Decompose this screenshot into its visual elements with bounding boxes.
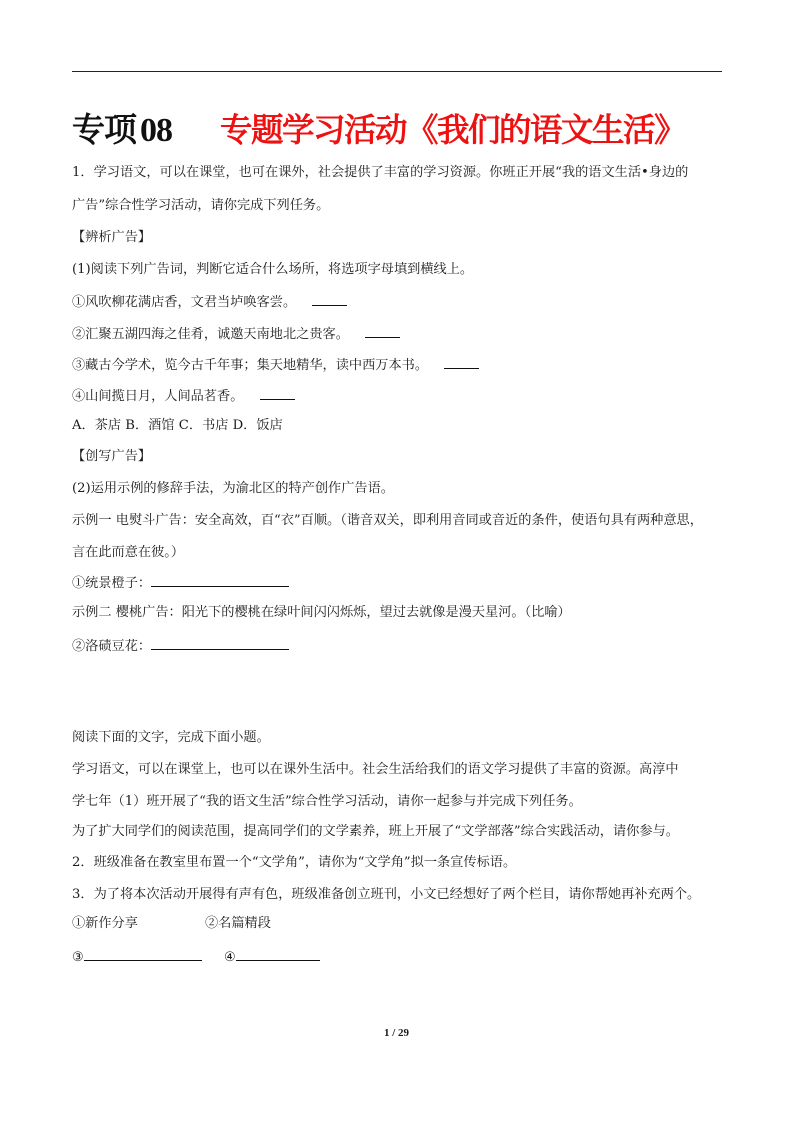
answer-blank-4[interactable] <box>260 385 295 400</box>
example1-line2: 言在此而意在彼。） <box>72 543 184 563</box>
q1-intro-line1: 1．学习语文，可以在课堂，也可在课外，社会提供了丰富的学习资源。你班正开展“我的… <box>72 163 688 183</box>
answer-blank-2[interactable] <box>365 323 400 338</box>
answer-line-tofu: ②洛碛豆花： <box>72 635 289 657</box>
example1-line1: 示例一 电熨斗广告：安全高效，百“衣”百顺。（谐音双关，即利用音同或音近的条件，… <box>72 511 703 531</box>
ad-item-3: ③藏古今学术，览今古千年事；集天地精华，读中西万本书。 <box>72 354 479 376</box>
column-blank-4[interactable] <box>236 946 320 961</box>
example2-line: 示例二 樱桃广告：阳光下的樱桃在绿叶间闪闪烁烁，望过去就像是漫天星河。（比喻） <box>72 603 571 623</box>
q1-intro-line2: 广告”综合性学习活动，请你完成下列任务。 <box>72 196 329 216</box>
reading-instruction: 阅读下面的文字，完成下面小题。 <box>72 728 270 748</box>
passage-line1: 学习语文，可以在课堂上，也可以在课外生活中。社会生活给我们的语文学习提供了丰富的… <box>72 760 679 780</box>
answer-label: ②洛碛豆花： <box>72 639 151 654</box>
title-main: 专题学习活动《我们的语文生活》 <box>220 106 685 154</box>
ad-text: ①风吹柳花满店香，文君当垆唤客尝。 <box>72 295 296 310</box>
part1-prompt: (1)阅读下列广告词，判断它适合什么场所，将选项字母填到横线上。 <box>72 260 473 280</box>
column-item-3: ③ <box>72 950 84 965</box>
column-item-1: ①新作分享 <box>72 916 138 931</box>
answer-blank-oranges[interactable] <box>151 572 289 587</box>
answer-label: ①统景橙子： <box>72 576 151 591</box>
ad-item-4: ④山间揽日月，人间品茗香。 <box>72 385 295 407</box>
answer-blank-3[interactable] <box>444 354 479 369</box>
title-number: 08 <box>140 112 172 149</box>
section-heading-write-ads: 【创写广告】 <box>72 447 151 467</box>
question-2: 2．班级准备在教室里布置一个“文学角”，请你为“文学角”拟一条宣传标语。 <box>72 853 516 873</box>
ad-item-2: ②汇聚五湖四海之佳肴，诚邀天南地北之贵客。 <box>72 323 400 345</box>
answer-blank-1[interactable] <box>312 291 347 306</box>
column-row-1: ①新作分享 ②名篇精段 <box>72 914 138 934</box>
column-blank-3[interactable] <box>84 946 202 961</box>
question-3: 3．为了将本次活动开展得有声有色，班级准备创立班刊，小文已经想好了两个栏目，请你… <box>72 885 700 905</box>
column-item-4: ④ <box>224 950 236 965</box>
ad-text: ②汇聚五湖四海之佳肴，诚邀天南地北之贵客。 <box>72 327 349 342</box>
section-heading-analyze-ads: 【辨析广告】 <box>72 228 151 248</box>
ad-text: ④山间揽日月，人间品茗香。 <box>72 389 243 404</box>
options-line: A．茶店 B．酒馆 C．书店 D．饭店 <box>72 416 283 436</box>
ad-text: ③藏古今学术，览今古千年事；集天地精华，读中西万本书。 <box>72 358 428 373</box>
part2-prompt: (2)运用示例的修辞手法，为渝北区的特产创作广告语。 <box>72 479 394 499</box>
column-row-2: ③ ④ <box>72 946 202 968</box>
answer-blank-tofu[interactable] <box>151 635 289 650</box>
answer-line-oranges: ①统景橙子： <box>72 572 289 594</box>
passage-line2: 学七年（1）班开展了“我的语文生活”综合性学习活动，请你一起参与并完成下列任务。 <box>72 792 582 812</box>
page-title: 专项08 专题学习活动《我们的语文生活》 <box>72 106 172 154</box>
passage-line3: 为了扩大同学们的阅读范围，提高同学们的文学素养，班上开展了“文学部落”综合实践活… <box>72 822 679 842</box>
header-rule <box>72 71 722 72</box>
ad-item-1: ①风吹柳花满店香，文君当垆唤客尝。 <box>72 291 347 313</box>
page-indicator: 1 / 29 <box>0 1027 793 1039</box>
column-item-2: ②名篇精段 <box>205 914 271 934</box>
title-prefix: 专项 <box>72 110 136 149</box>
column-item-4-wrap: ④ <box>224 946 320 968</box>
